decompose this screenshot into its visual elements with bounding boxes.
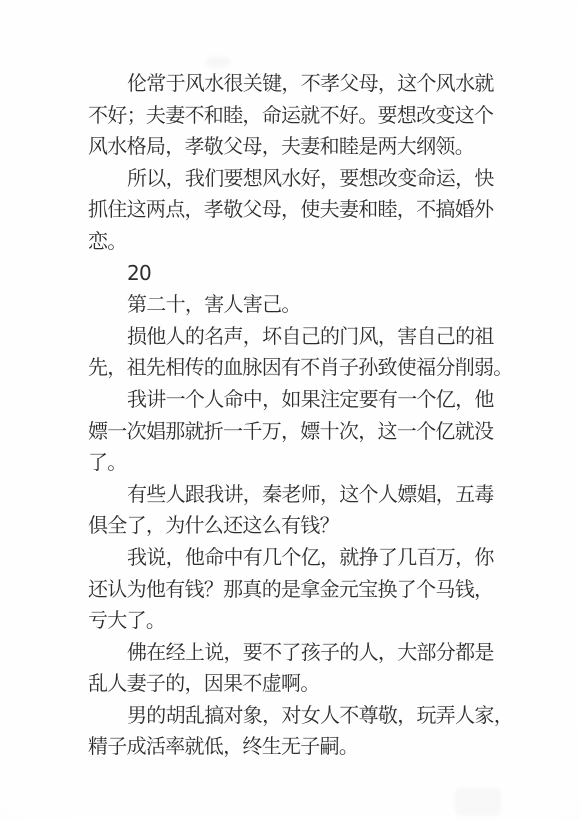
text-line: 先，祖先相传的血脉因有不肖子孙致使福分削弱。 <box>88 352 494 384</box>
text-line: 男的胡乱搞对象，对女人不尊敬，玩弄人家， <box>88 700 494 732</box>
text-line: 了。 <box>88 447 494 479</box>
text-line: 精子成活率就低，终生无子嗣。 <box>88 731 494 763</box>
text-line: 亏大了。 <box>88 605 494 637</box>
text-line: 20 <box>88 258 494 290</box>
text-line: 损他人的名声，坏自己的门风，害自己的祖 <box>88 321 494 353</box>
text-line: 恋。 <box>88 226 494 258</box>
text-line: 风水格局，孝敬父母，夫妻和睦是两大纲领。 <box>88 131 494 163</box>
text-line: 第二十，害人害己。 <box>88 289 494 321</box>
text-line: 伦常于风水很关键，不孝父母，这个风水就 <box>88 68 494 100</box>
page-text: 伦常于风水很关键，不孝父母，这个风水就不好；夫妻不和睦，命运就不好。要想改变这个… <box>88 68 494 763</box>
text-line: 还认为他有钱？那真的是拿金元宝换了个马钱， <box>88 574 494 606</box>
text-line: 嫖一次娼那就折一千万，嫖十次，这一个亿就没 <box>88 416 494 448</box>
text-line: 佛在经上说，要不了孩子的人，大部分都是 <box>88 637 494 669</box>
text-line: 所以，我们要想风水好，要想改变命运，快 <box>88 163 494 195</box>
text-line: 俱全了，为什么还这么有钱？ <box>88 510 494 542</box>
text-line: 不好；夫妻不和睦，命运就不好。要想改变这个 <box>88 100 494 132</box>
text-line: 我讲一个人命中，如果注定要有一个亿，他 <box>88 384 494 416</box>
text-line: 我说，他命中有几个亿，就挣了几百万，你 <box>88 542 494 574</box>
smudge-artifact <box>205 56 231 68</box>
text-line: 有些人跟我讲，秦老师，这个人嫖娼，五毒 <box>88 479 494 511</box>
document-page: 伦常于风水很关键，不孝父母，这个风水就不好；夫妻不和睦，命运就不好。要想改变这个… <box>0 0 580 820</box>
watermark-blob <box>455 788 501 816</box>
text-line: 抓住这两点，孝敬父母，使夫妻和睦，不搞婚外 <box>88 194 494 226</box>
text-line: 乱人妻子的，因果不虚啊。 <box>88 668 494 700</box>
